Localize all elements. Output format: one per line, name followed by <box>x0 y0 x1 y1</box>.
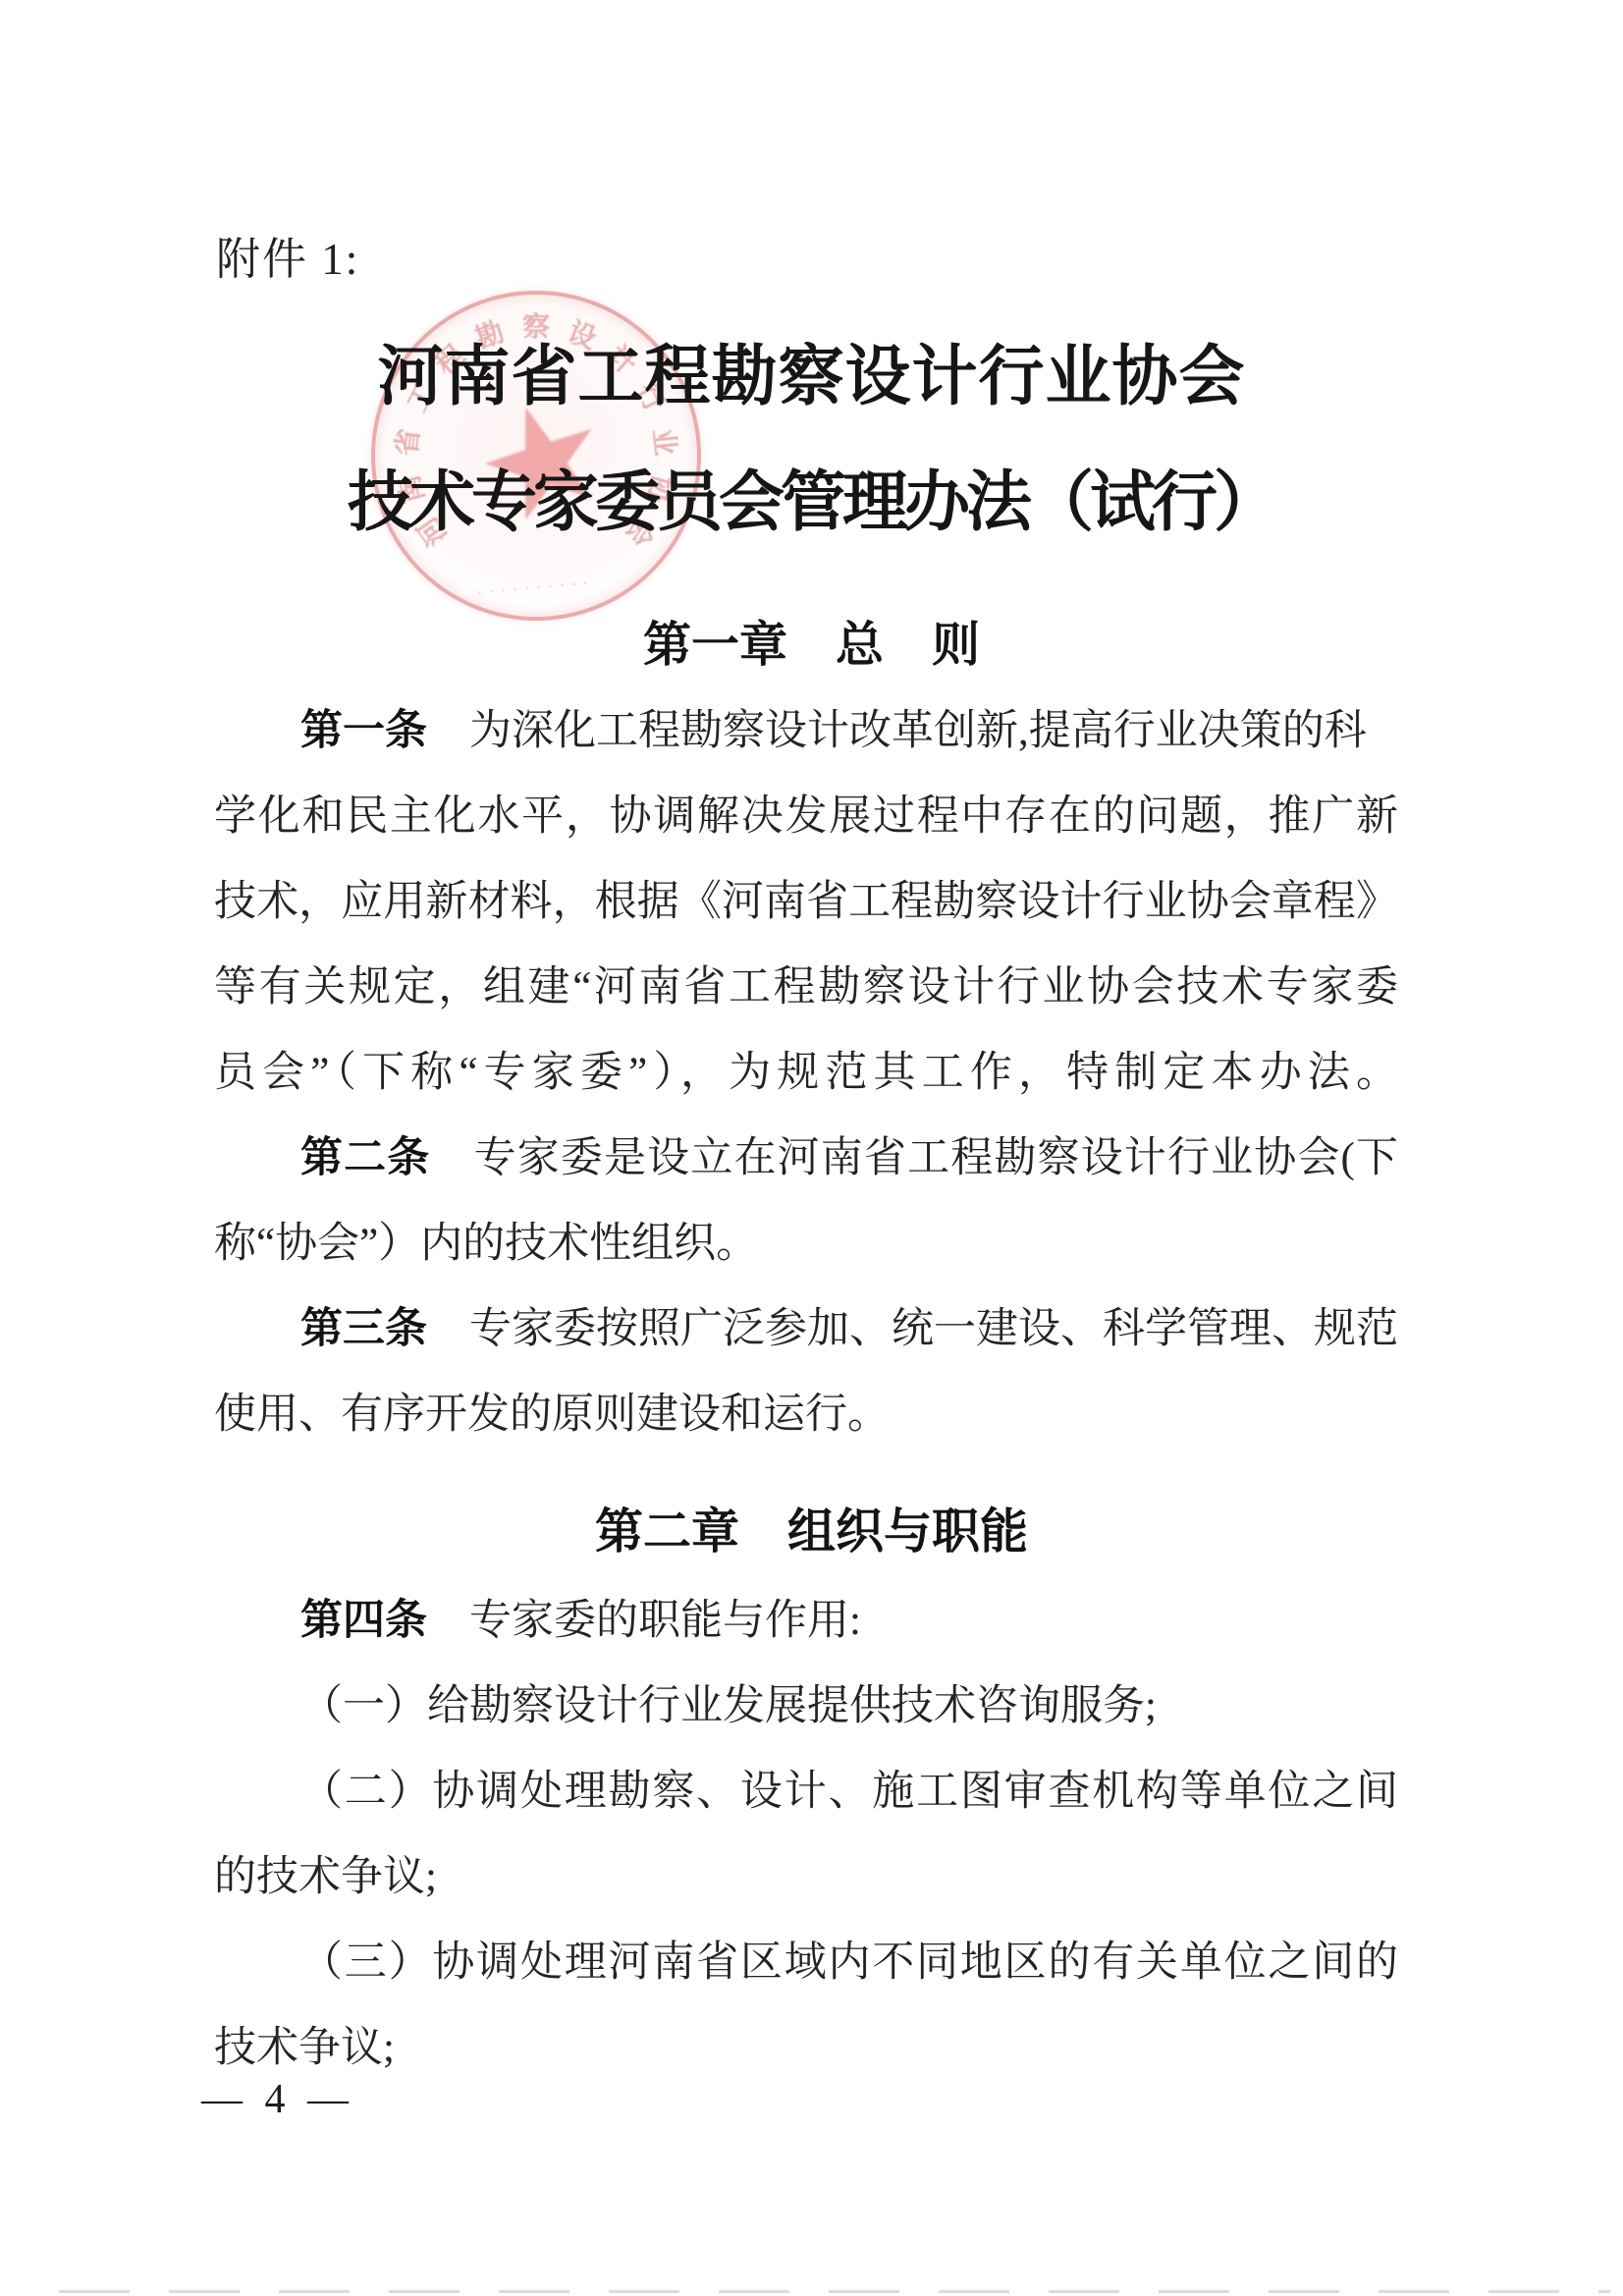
text-line: 第二条 专家委是设立在河南省工程勘察设计行业协会(下 <box>214 1116 1398 1201</box>
document-page: 河南省工程勘察设计行业协会 ·········· 附件 1: 河南省工程勘察设计… <box>0 0 1623 2296</box>
document-title-line2: 技术专家委员会管理办法（试行） <box>0 450 1623 544</box>
text-line: （二）协调处理勘察、设计、施工图审查机构等单位之间 <box>214 1749 1398 1834</box>
text-line: 第一条 为深化工程勘察设计改革创新,提高行业决策的科 <box>214 688 1398 774</box>
text-line: 学化和民主化水平，协调解决发展过程中存在的问题，推广新 <box>214 774 1398 859</box>
scan-edge-artifact <box>59 2290 1610 2293</box>
text-line: 称“协会”）内的技术性组织。 <box>214 1201 1398 1286</box>
text-line: （三）协调处理河南省区域内不同地区的有关单位之间的 <box>214 1920 1398 2005</box>
seal-serial-marks: ·········· <box>477 575 596 602</box>
article-number: 第四条 <box>300 1597 427 1644</box>
text-line: 第三条 专家委按照广泛参加、统一建设、科学管理、规范 <box>214 1286 1398 1372</box>
text-line: 员会”（下称“专家委”），为规范其工作，特制定本办法。 <box>214 1030 1398 1116</box>
text-line: 等有关规定，组建“河南省工程勘察设计行业协会技术专家委 <box>214 945 1398 1030</box>
text-line: 技术，应用新材料，根据《河南省工程勘察设计行业协会章程》 <box>214 859 1398 945</box>
document-title-line1: 河南省工程勘察设计行业协会 <box>0 324 1623 418</box>
article-number: 第二条 <box>300 1134 430 1181</box>
chapter-1-body: 第一条 为深化工程勘察设计改革创新,提高行业决策的科学化和民主化水平，协调解决发… <box>214 688 1398 1457</box>
chapter-2-heading: 第二章 组织与职能 <box>0 1497 1623 1567</box>
text-line: 第四条 专家委的职能与作用: <box>214 1578 1398 1664</box>
chapter-1-heading: 第一章 总 则 <box>0 610 1623 681</box>
attachment-label: 附件 1: <box>216 232 359 287</box>
text-line: （一）给勘察设计行业发展提供技术咨询服务; <box>214 1664 1398 1749</box>
article-number: 第三条 <box>300 1305 427 1352</box>
page-number: — 4 — <box>201 2074 354 2125</box>
chapter-2-body: 第四条 专家委的职能与作用:（一）给勘察设计行业发展提供技术咨询服务;（二）协调… <box>214 1578 1398 2091</box>
text-line: 的技术争议; <box>214 1834 1398 1920</box>
text-line: 技术争议; <box>214 2005 1398 2091</box>
article-number: 第一条 <box>300 707 427 754</box>
text-line: 使用、有序开发的原则建设和运行。 <box>214 1372 1398 1457</box>
